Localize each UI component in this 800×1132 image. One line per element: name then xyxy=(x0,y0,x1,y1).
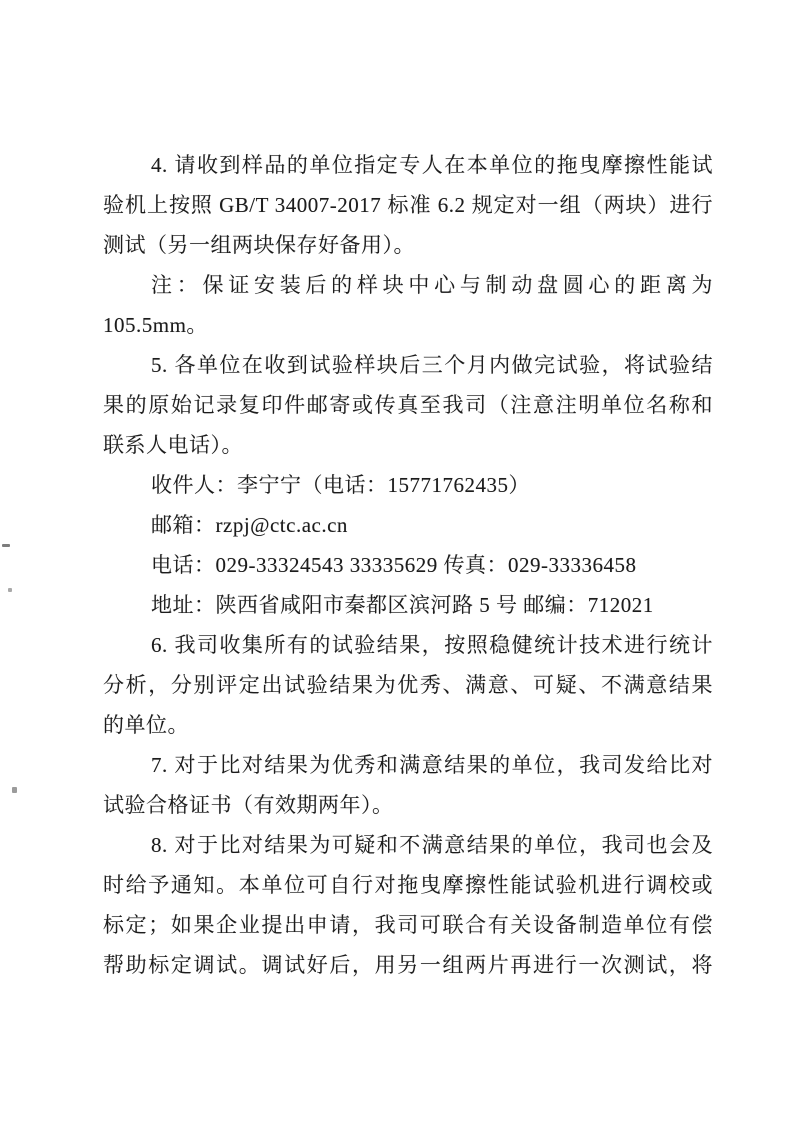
document-line: 时给予通知。本单位可自行对拖曳摩擦性能试验机进行调校或 xyxy=(103,865,713,905)
document-line: 4. 请收到样品的单位指定专人在本单位的拖曳摩擦性能试 xyxy=(103,145,713,185)
document-line: 的单位。 xyxy=(103,705,713,745)
document-line: 电话：029-33324543 33335629 传真：029-33336458 xyxy=(103,545,713,585)
document-line: 6. 我司收集所有的试验结果，按照稳健统计技术进行统计 xyxy=(103,625,713,665)
document-line: 8. 对于比对结果为可疑和不满意结果的单位，我司也会及 xyxy=(103,825,713,865)
document-page: 4. 请收到样品的单位指定专人在本单位的拖曳摩擦性能试验机上按照 GB/T 34… xyxy=(0,0,800,1132)
document-line: 5. 各单位在收到试验样块后三个月内做完试验，将试验结 xyxy=(103,345,713,385)
document-line: 分析，分别评定出试验结果为优秀、满意、可疑、不满意结果 xyxy=(103,665,713,705)
document-line: 注：保证安装后的样块中心与制动盘圆心的距离为 xyxy=(103,265,713,305)
scan-artifact xyxy=(12,787,17,793)
scan-artifact xyxy=(2,544,10,547)
document-line: 105.5mm。 xyxy=(103,305,713,345)
document-line: 地址：陕西省咸阳市秦都区滨河路 5 号 邮编：712021 xyxy=(103,585,713,625)
document-line: 标定；如果企业提出申请，我司可联合有关设备制造单位有偿 xyxy=(103,905,713,945)
document-line: 邮箱：rzpj@ctc.ac.cn xyxy=(103,505,713,545)
document-line: 验机上按照 GB/T 34007-2017 标准 6.2 规定对一组（两块）进行 xyxy=(103,185,713,225)
document-line: 测试（另一组两块保存好备用）。 xyxy=(103,225,713,265)
document-line: 果的原始记录复印件邮寄或传真至我司（注意注明单位名称和 xyxy=(103,385,713,425)
scan-artifact xyxy=(8,588,12,592)
document-line: 试验合格证书（有效期两年）。 xyxy=(103,785,713,825)
document-line: 帮助标定调试。调试好后，用另一组两片再进行一次测试，将 xyxy=(103,945,713,985)
document-body: 4. 请收到样品的单位指定专人在本单位的拖曳摩擦性能试验机上按照 GB/T 34… xyxy=(103,145,713,985)
document-line: 收件人：李宁宁（电话：15771762435） xyxy=(103,465,713,505)
document-line: 联系人电话）。 xyxy=(103,425,713,465)
document-line: 7. 对于比对结果为优秀和满意结果的单位，我司发给比对 xyxy=(103,745,713,785)
